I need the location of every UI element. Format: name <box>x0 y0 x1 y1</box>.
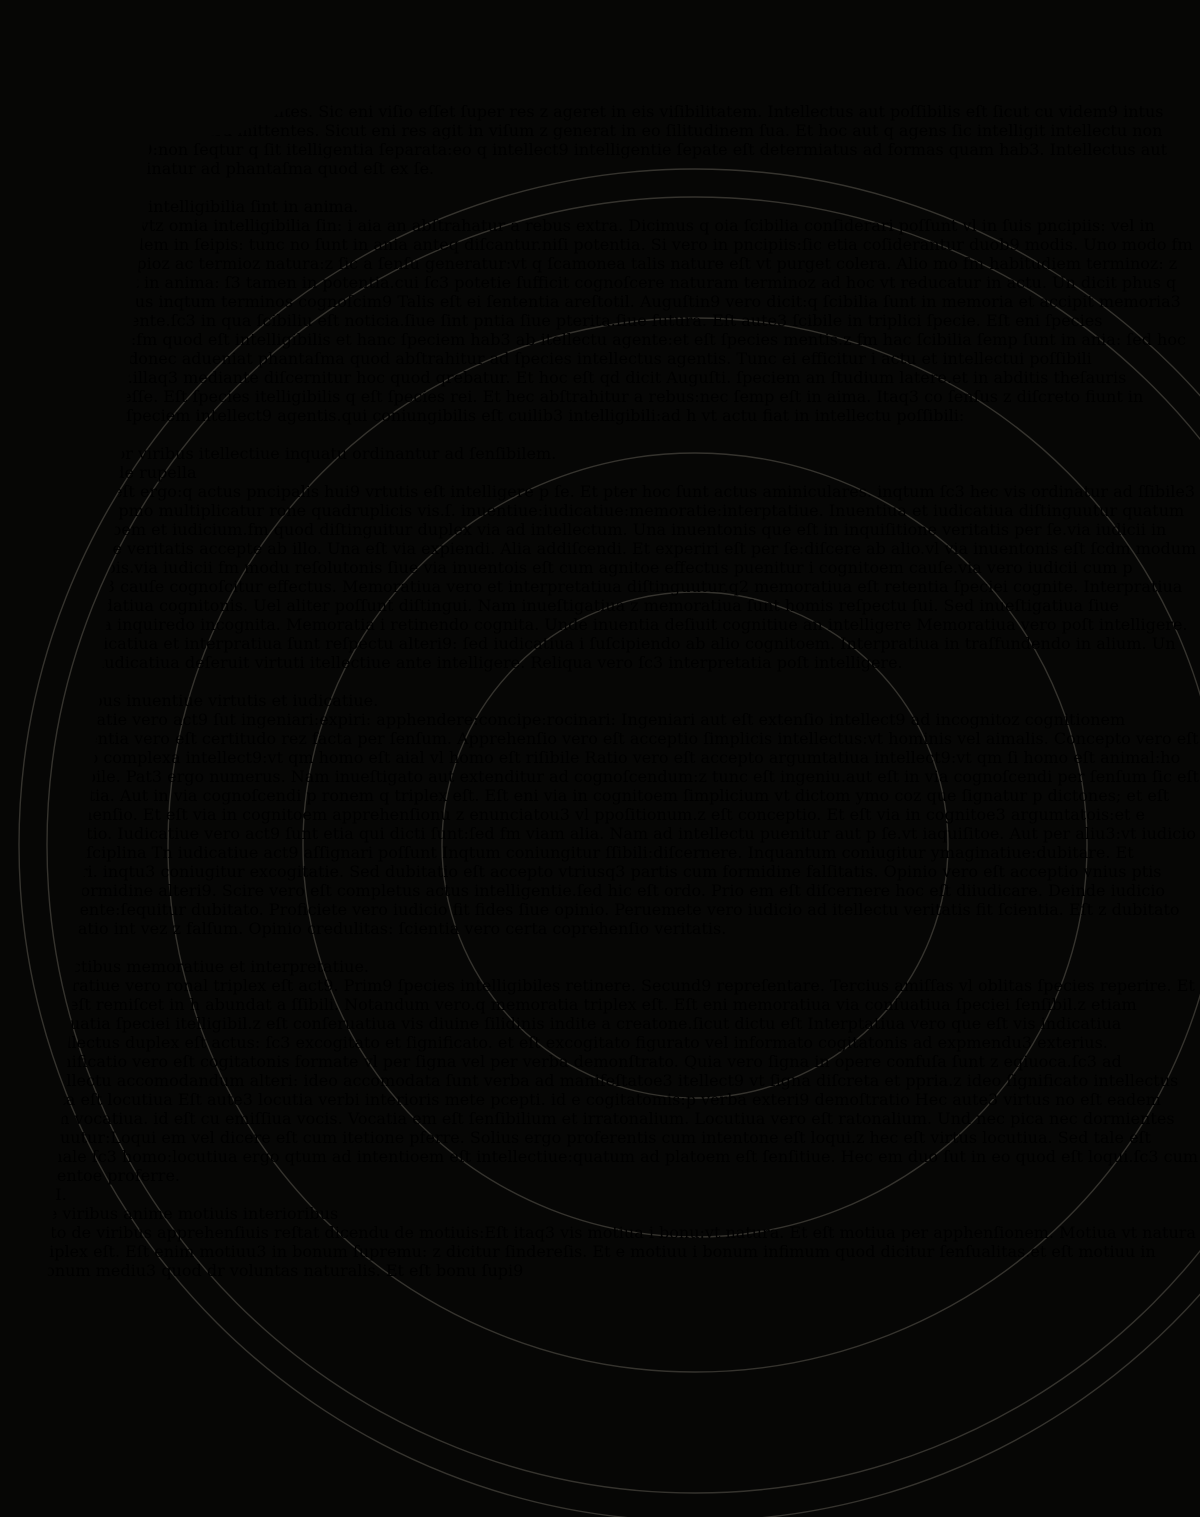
text-paragraph: Emoratiue vero ronal triplex eſt act9. P… <box>35 976 1200 1185</box>
chapter-numeral: LIII. <box>35 425 1200 444</box>
text-paragraph: Icto de viribus apprehenſiuis reſtat dic… <box>35 1223 1200 1280</box>
text-column-left: mittentes.nichil intus ſuſcipientes. Sic… <box>35 102 1200 691</box>
section-heading: De actibus memoratiue et interpretatiue. <box>35 957 1200 976</box>
chapter-numeral: LV. <box>35 938 1200 957</box>
chapter-numeral: LVI. <box>35 1185 1200 1204</box>
section-heading: De quattuor viribus itellectiue inquatu … <box>35 444 1200 463</box>
text-paragraph: Standum eſt ergo:q actus pncipalis hui9 … <box>35 482 1200 672</box>
author-heading: Johannes de rupella <box>35 463 1200 482</box>
text-column-right: De actibus inuentiue virtutis et iudicat… <box>35 691 1200 1280</box>
open-book: Liber Liber Vicesimusoctauus mittentes.n… <box>35 45 1200 1505</box>
section-heading: De actibus inuentiue virtutis et iudicat… <box>35 691 1200 710</box>
section-heading: Utrum omnia intelligibilia ſint in anima… <box>35 197 1200 216</box>
section-heading: De viribus anime motiuis interioribus <box>35 1204 1200 1223</box>
chapter-numeral: LII. <box>35 178 1200 197</box>
photo-background: Liber Liber Vicesimusoctauus mittentes.n… <box>0 0 1200 1517</box>
chapter-numeral: LIIII. <box>35 672 1200 691</box>
text-paragraph: I vero qritur vtz omia intelligibilia ſi… <box>35 216 1200 425</box>
text-paragraph: Nueſtigatie vero act9 ſut ingeniari:expi… <box>35 710 1200 938</box>
